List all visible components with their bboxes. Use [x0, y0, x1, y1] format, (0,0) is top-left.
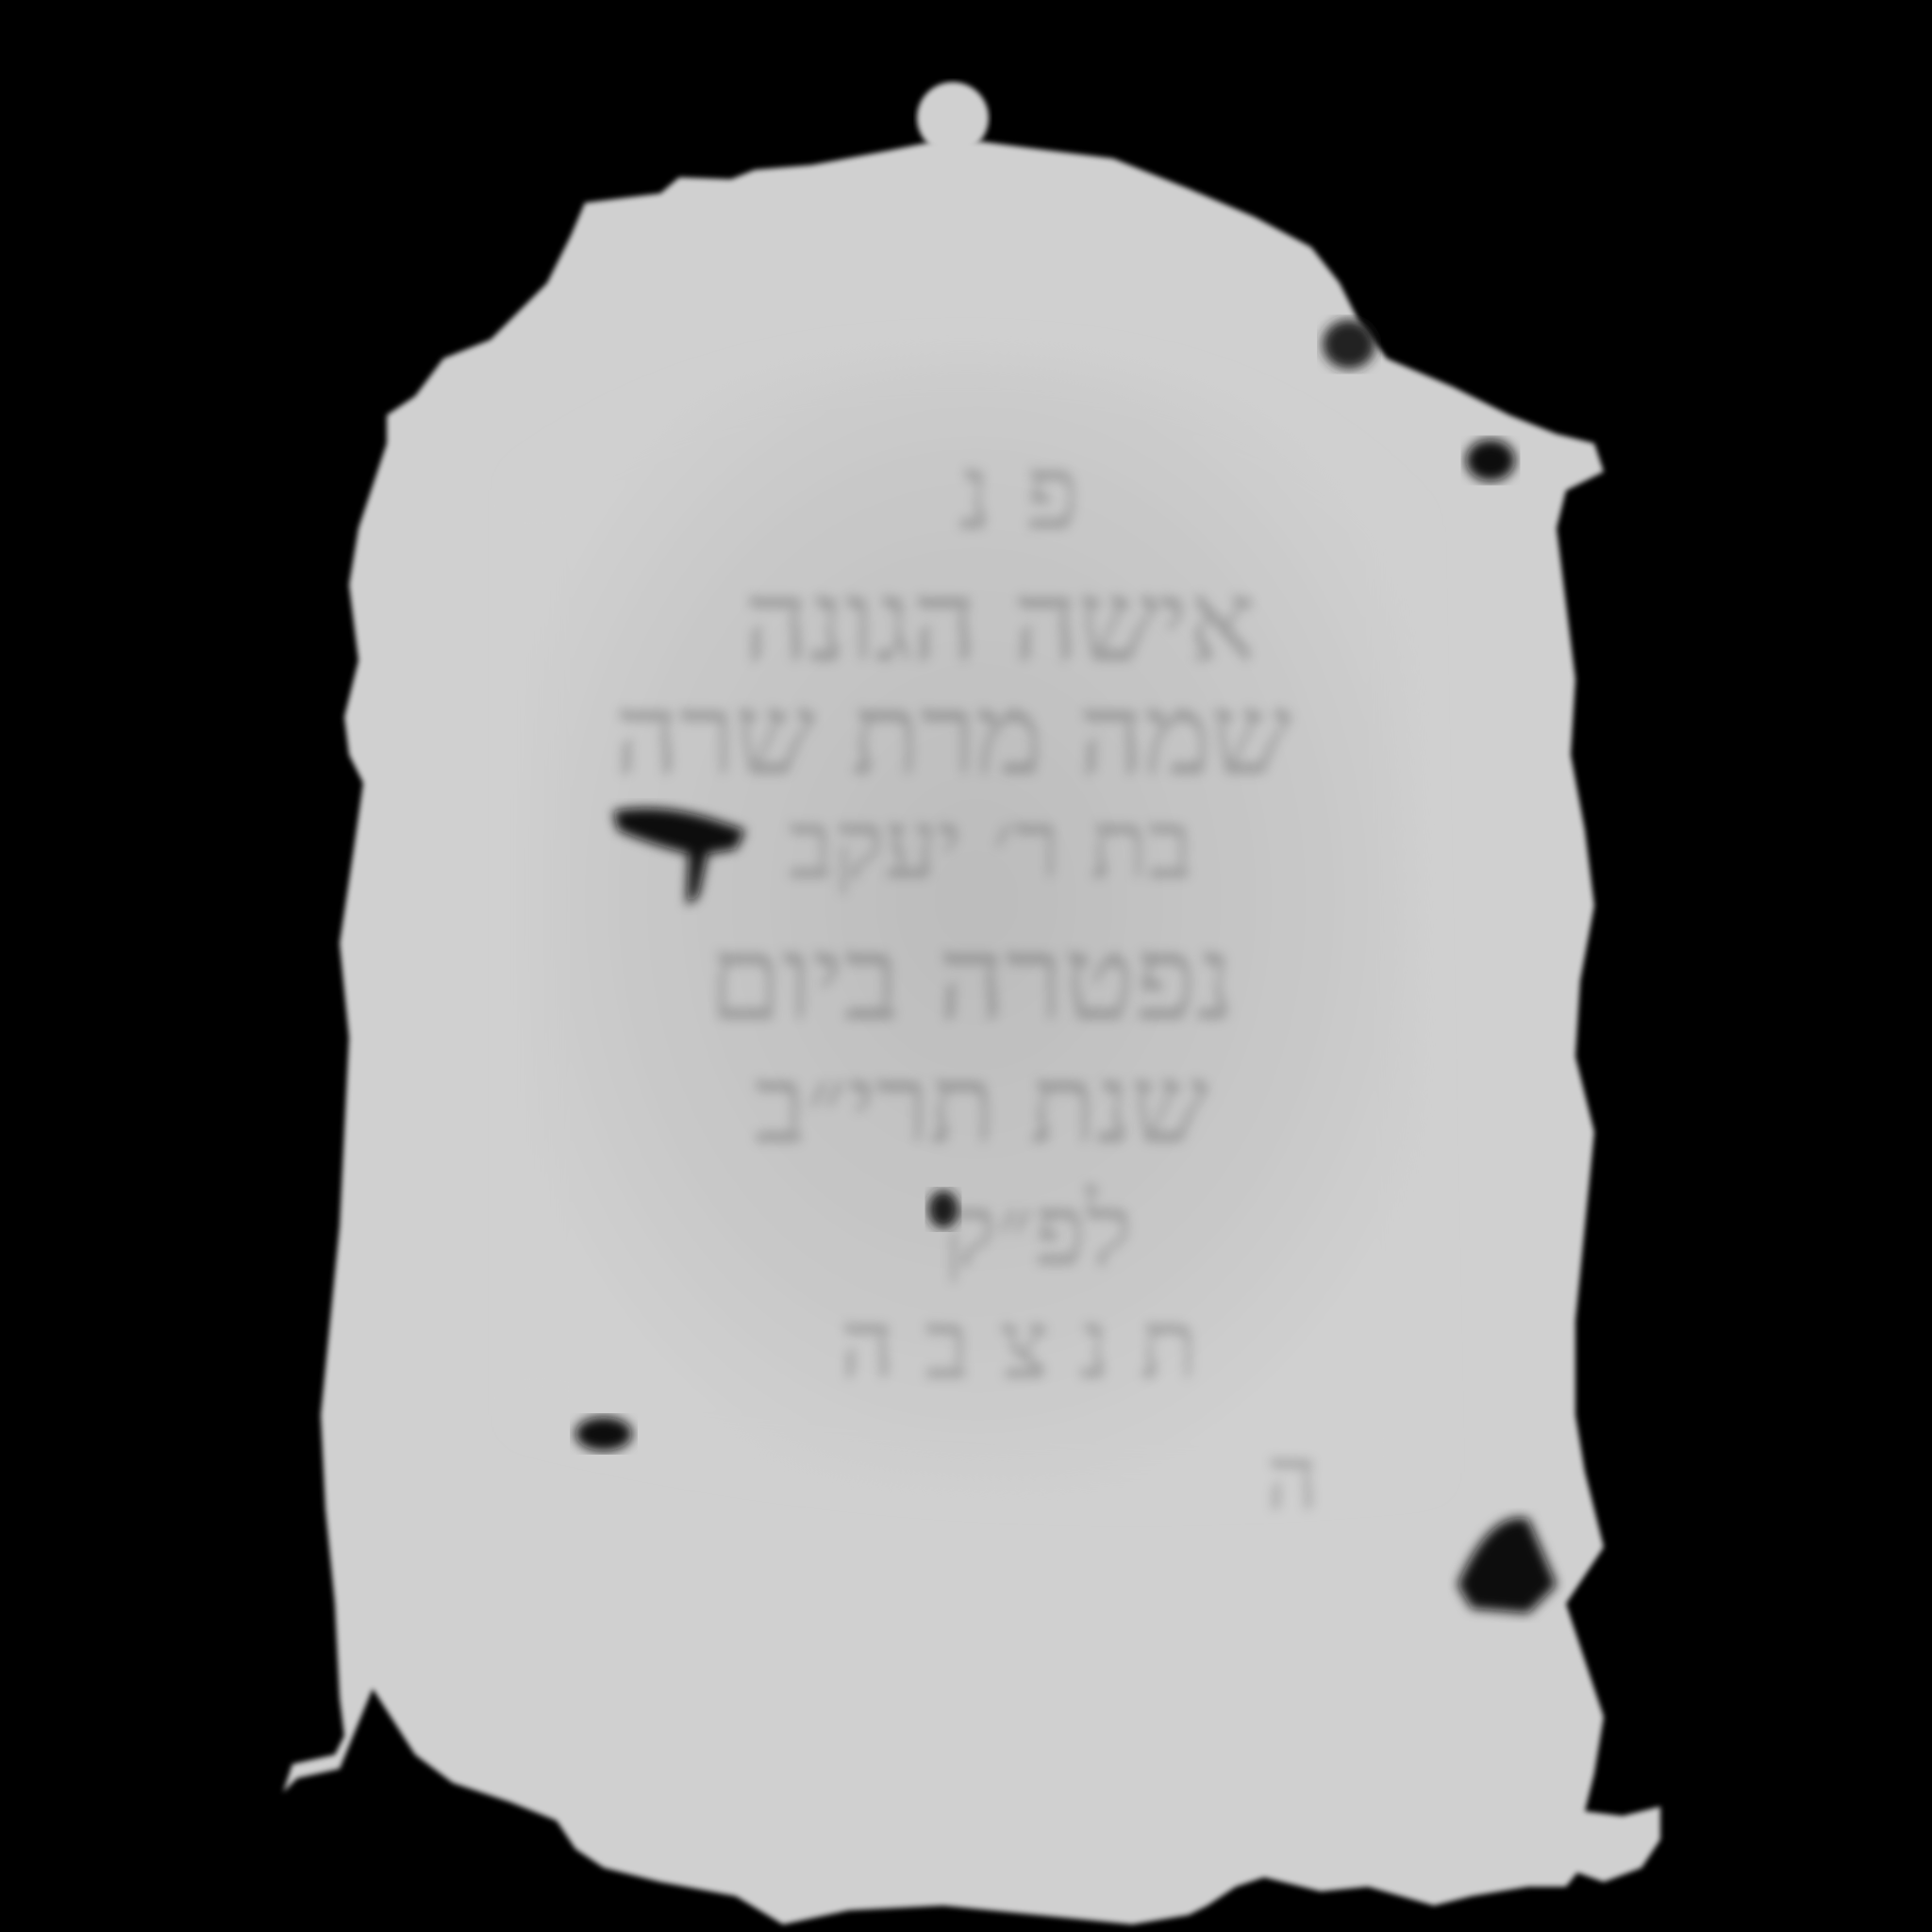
- inscription-row-5: נפטרה ביום: [708, 910, 1235, 1047]
- inscription-text: לפ״ק: [943, 1173, 1132, 1288]
- inscription-text: פ נ: [958, 432, 1079, 553]
- inscription-text: שנת תרי״ב: [754, 1041, 1207, 1168]
- gravestone-scene: פ נ אישה הגונה שמה מרת שרה בת ר׳ יעקב נפ…: [0, 0, 1932, 1932]
- inscription-text: בת ר׳ יעקב: [788, 790, 1193, 900]
- inscription-text: אישה הגונה: [744, 557, 1257, 688]
- inscription-row-2: אישה הגונה: [744, 557, 1257, 688]
- inscription-row-1: פ נ: [958, 432, 1079, 553]
- inscription-text: ת נ צ ב ה: [841, 1290, 1198, 1400]
- inscription-text: נפטרה ביום: [708, 910, 1235, 1047]
- blemish-top-right-1: [1323, 320, 1375, 369]
- blemish-small-mid: [928, 1191, 958, 1228]
- inscription-text: ה: [1267, 1427, 1319, 1531]
- inscription-row-4: בת ר׳ יעקב: [788, 790, 1193, 900]
- blemish-lower-left: [575, 1417, 632, 1451]
- inscription-row-7: לפ״ק: [943, 1173, 1132, 1288]
- inscription-row-9: ה: [1267, 1427, 1319, 1531]
- inscription-row-3: שמה מרת שרה: [614, 670, 1291, 801]
- inscription-row-6: שנת תרי״ב: [754, 1041, 1207, 1168]
- inscription-text: שמה מרת שרה: [614, 670, 1291, 801]
- inscription-row-8: ת נ צ ב ה: [841, 1290, 1198, 1400]
- blemish-top-right-2: [1466, 440, 1515, 481]
